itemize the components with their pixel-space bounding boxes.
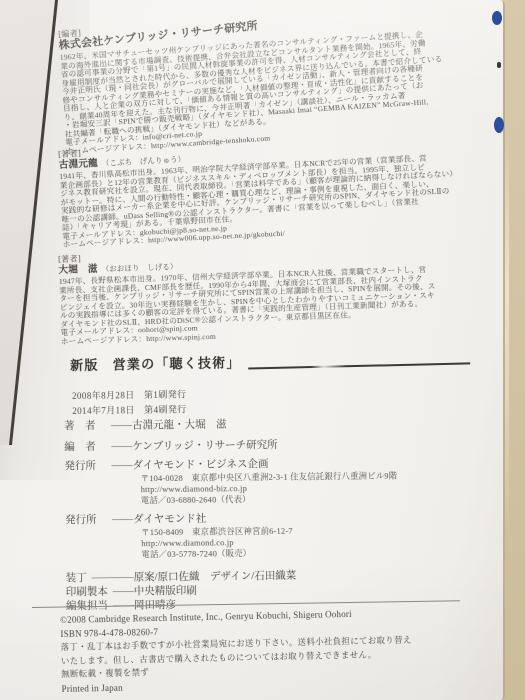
author-credit-row: 著 者——古淵元龍・大堀 滋 bbox=[64, 416, 484, 434]
title-block: 新版 営業の「聴く技術」 bbox=[70, 350, 470, 375]
credit-dash: —— bbox=[111, 419, 132, 433]
fore-edge-blue-mark bbox=[494, 117, 504, 133]
fore-edge-blue-mark bbox=[492, 11, 502, 25]
credit-value: ダイヤモンド・ビジネス企画 bbox=[132, 458, 268, 473]
credit-value: 原案/原口佐織 デザイン/石田織菜 bbox=[134, 570, 297, 586]
author2-profile-section: [著者] 大堀 滋（おおほり しげる） 1947年、長野県松本市出身。1970年… bbox=[58, 240, 503, 346]
author2-name-kana: （おおほり しげる） bbox=[102, 262, 178, 274]
editor-credit-row: 編 者——ケンブリッジ・リサーチ研究所 bbox=[64, 437, 484, 455]
credit-value: ケンブリッジ・リサーチ研究所 bbox=[132, 439, 278, 455]
book-photo-scene: [編者] 株式会社ケンブリッジ・リサーチ研究所 1962年、米国マサチューセッツ… bbox=[0, 0, 525, 700]
colophon-page: [編者] 株式会社ケンブリッジ・リサーチ研究所 1962年、米国マサチューセッツ… bbox=[0, 0, 505, 700]
credit-label: 発行所 bbox=[65, 514, 112, 528]
credit-label: 印刷製本 bbox=[66, 585, 113, 599]
credit-value: ダイヤモンド社 bbox=[133, 513, 206, 528]
copyright-footer: ©2008 Cambridge Research Institute, Inc.… bbox=[60, 604, 492, 696]
credit-value: 古淵元龍・大堀 滋 bbox=[132, 418, 227, 433]
credit-dash: ———— bbox=[92, 571, 134, 585]
book-title: 新版 営業の「聴く技術」 bbox=[70, 354, 241, 375]
title-underline bbox=[249, 362, 471, 369]
author1-name-kana: （こぶち げんりゅう） bbox=[102, 155, 186, 168]
credit-dash: —— bbox=[111, 440, 132, 454]
fore-edge-dark-speck bbox=[497, 62, 501, 68]
credit-dash: —— bbox=[111, 459, 132, 473]
credit-dash: —— bbox=[112, 513, 133, 527]
credit-dash: —— bbox=[113, 585, 134, 599]
credit-label: 装丁 bbox=[66, 572, 92, 586]
credit-value: 中央精版印刷 bbox=[134, 585, 197, 600]
credits-block: 著 者——古淵元龍・大堀 滋 編 者——ケンブリッジ・リサーチ研究所 発行所——… bbox=[64, 416, 486, 614]
fore-edge-highlight bbox=[505, 120, 509, 540]
author1-profile-section: [著者] 古淵元龍（こぶち げんりゅう） 1941年、香川県高松市出身。1963… bbox=[58, 128, 504, 250]
